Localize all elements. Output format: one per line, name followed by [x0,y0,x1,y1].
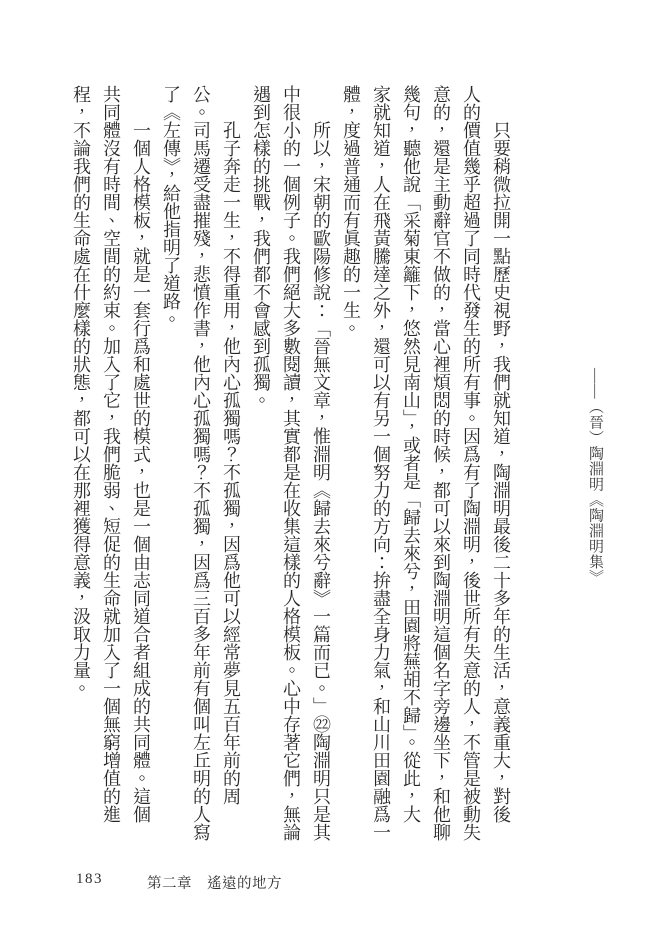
paragraph-3: 孔子奔走一生，不得重用，他內心孤獨嗎？不孤獨，因爲他可以經常夢見五百年前的周 公… [156,85,246,845]
book-page: ——（晉）陶淵明《陶淵明集》 只要稍微拉開一點歷史視野，我們就知道，陶淵明最後二… [0,0,663,932]
paragraph-4: 一個人格模板，就是一套行爲和處世的模式，也是一個由志同道合者組成的共同體。這個 … [66,85,156,845]
chapter-title: 第二章 遙遠的地方 [147,872,282,893]
paragraph-1: 只要稍微拉開一點歷史視野，我們就知道，陶淵明最後二十多年的生活，意義重大，對後 … [336,85,516,845]
source-attribution: ——（晉）陶淵明《陶淵明集》 [585,368,605,585]
paragraph-2: 所以，宋朝的歐陽修說：「晉無文章，惟淵明《歸去來兮辭》一篇而已。」㉒陶淵明只是其… [246,85,336,845]
body-text: 只要稍微拉開一點歷史視野，我們就知道，陶淵明最後二十多年的生活，意義重大，對後 … [60,85,516,849]
page-number: 183 [76,871,103,888]
